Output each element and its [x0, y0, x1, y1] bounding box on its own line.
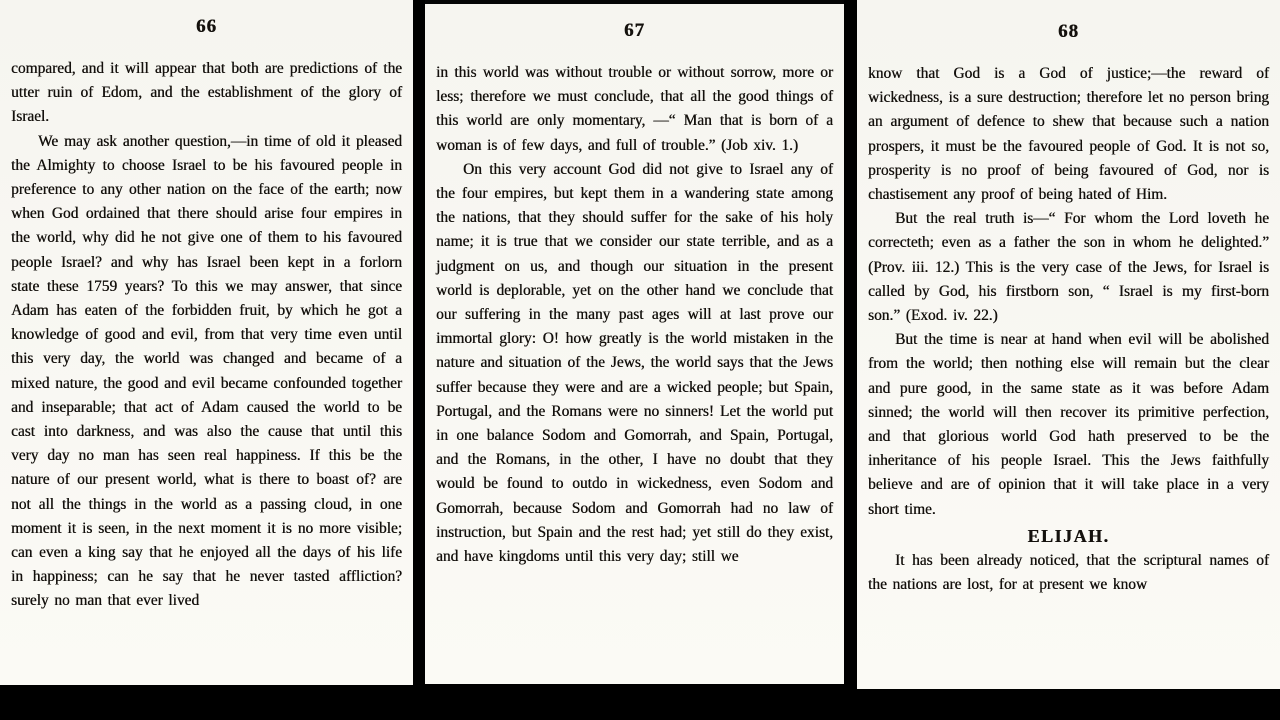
paragraph: compared, and it will appear that both a…	[11, 57, 402, 130]
paragraph: It has been already noticed, that the sc…	[868, 549, 1269, 597]
page-67: 67 in this world was without trouble or …	[425, 0, 844, 684]
paragraph: But the real truth is—“ For whom the Lor…	[868, 207, 1269, 328]
paragraph: But the time is near at hand when evil w…	[868, 328, 1269, 522]
page-68-text: know that God is a God of justice;—the r…	[868, 62, 1269, 597]
page-66-text: compared, and it will appear that both a…	[11, 57, 402, 614]
page-68: 68 know that God is a God of justice;—th…	[857, 0, 1280, 689]
section-heading: ELIJAH.	[868, 524, 1269, 548]
page-number: 68	[857, 0, 1280, 43]
paragraph: On this very account God did not give to…	[436, 158, 833, 569]
page-number: 67	[425, 4, 844, 42]
book-scan: 66 compared, and it will appear that bot…	[0, 0, 1280, 720]
page-67-text: in this world was without trouble or wit…	[436, 61, 833, 569]
page-66: 66 compared, and it will appear that bot…	[0, 0, 413, 685]
page-number: 66	[0, 0, 413, 38]
paragraph: We may ask another question,—in time of …	[11, 130, 402, 614]
paragraph: in this world was without trouble or wit…	[436, 61, 833, 158]
paragraph: know that God is a God of justice;—the r…	[868, 62, 1269, 207]
